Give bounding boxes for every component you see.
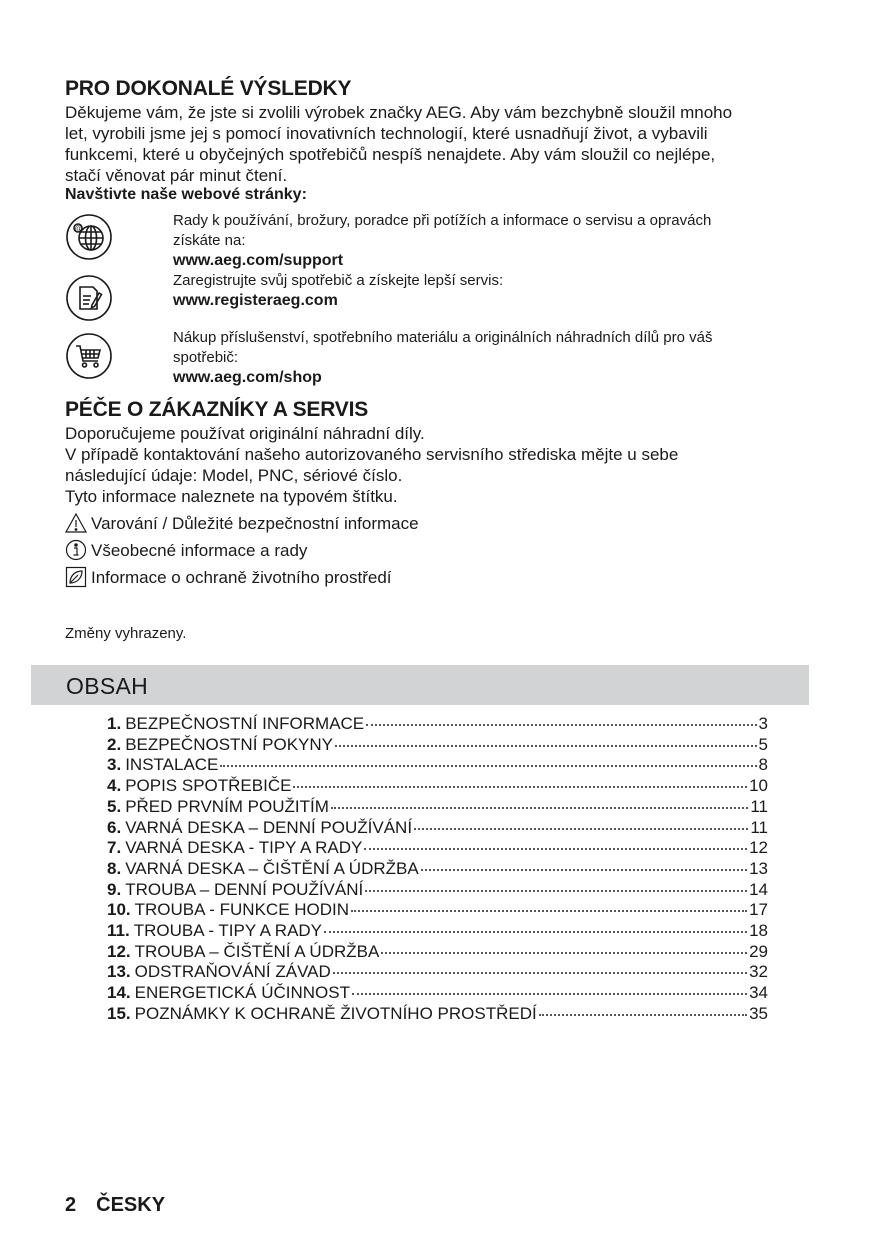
toc-entry-number: 12. — [107, 942, 131, 963]
toc-entry-page: 11 — [750, 797, 768, 818]
toc-entry[interactable]: 10.TROUBA - FUNKCE HODIN17 — [107, 900, 768, 921]
toc-entry[interactable]: 8.VARNÁ DESKA – ČIŠTĚNÍ A ÚDRŽBA13 — [107, 859, 768, 880]
table-of-contents: 1.BEZPEČNOSTNÍ INFORMACE32.BEZPEČNOSTNÍ … — [107, 714, 768, 1025]
toc-entry-label: ODSTRAŇOVÁNÍ ZÁVAD — [135, 962, 331, 983]
toc-entry-page: 34 — [749, 983, 768, 1004]
toc-entry-page: 13 — [749, 859, 768, 880]
web-item-text: Zaregistrujte svůj spotřebič a získejte … — [173, 271, 813, 291]
toc-entry-number: 5. — [107, 797, 121, 818]
care-line: následující údaje: Model, PNC, sériové č… — [65, 465, 825, 486]
web-item-text: Nákup příslušenství, spotřebního materiá… — [173, 328, 813, 348]
page-number: 2 — [65, 1194, 76, 1216]
toc-leader-dots — [364, 848, 747, 850]
toc-entry-page: 18 — [749, 921, 768, 942]
toc-entry-page: 5 — [759, 735, 768, 756]
toc-entry[interactable]: 9.TROUBA – DENNÍ POUŽÍVÁNÍ14 — [107, 880, 768, 901]
toc-entry[interactable]: 13.ODSTRAŇOVÁNÍ ZÁVAD32 — [107, 962, 768, 983]
toc-entry-label: TROUBA – DENNÍ POUŽÍVÁNÍ — [125, 880, 363, 901]
toc-entry-label: POPIS SPOTŘEBIČE — [125, 776, 291, 797]
toc-entry-label: VARNÁ DESKA – DENNÍ POUŽÍVÁNÍ — [125, 818, 412, 839]
toc-leader-dots — [539, 1014, 747, 1016]
toc-entry-page: 8 — [759, 755, 768, 776]
toc-entry-page: 29 — [749, 942, 768, 963]
toc-entry[interactable]: 5.PŘED PRVNÍM POUŽITÍM11 — [107, 797, 768, 818]
toc-leader-dots — [421, 869, 747, 871]
toc-leader-dots — [414, 828, 748, 830]
toc-leader-dots — [333, 972, 747, 974]
toc-header-bar: OBSAH — [31, 665, 809, 705]
toc-entry-page: 10 — [749, 776, 768, 797]
legend-info: Všeobecné informace a rady — [65, 539, 307, 561]
toc-entry[interactable]: 12.TROUBA – ČIŠTĚNÍ A ÚDRŽBA29 — [107, 942, 768, 963]
toc-entry-page: 32 — [749, 962, 768, 983]
toc-entry-number: 8. — [107, 859, 121, 880]
toc-entry-page: 11 — [750, 818, 768, 839]
toc-leader-dots — [365, 890, 747, 892]
toc-entry[interactable]: 14.ENERGETICKÁ ÚČINNOST34 — [107, 983, 768, 1004]
page-footer: 2ČESKY — [65, 1194, 185, 1217]
toc-entry[interactable]: 1.BEZPEČNOSTNÍ INFORMACE3 — [107, 714, 768, 735]
changes-reserved-note: Změny vyhrazeny. — [65, 625, 186, 642]
info-circle-icon — [65, 539, 87, 561]
toc-entry[interactable]: 11.TROUBA - TIPY A RADY18 — [107, 921, 768, 942]
toc-entry-number: 13. — [107, 962, 131, 983]
leaf-icon — [65, 566, 87, 588]
legend-label: Všeobecné informace a rady — [91, 540, 307, 561]
globe-icon: @ — [65, 213, 113, 261]
toc-entry[interactable]: 2.BEZPEČNOSTNÍ POKYNY5 — [107, 735, 768, 756]
toc-entry-page: 14 — [749, 880, 768, 901]
toc-leader-dots — [352, 993, 747, 995]
toc-entry-number: 11. — [107, 921, 130, 942]
toc-entry-number: 10. — [107, 900, 131, 921]
visit-website-label: Navštivte naše webové stránky: — [65, 186, 307, 204]
toc-title: OBSAH — [66, 674, 148, 698]
intro-line: let, vyrobili jsme jej s pomocí inovativ… — [65, 123, 825, 144]
toc-entry-label: ENERGETICKÁ ÚČINNOST — [135, 983, 350, 1004]
toc-entry-number: 15. — [107, 1004, 131, 1025]
toc-entry-number: 14. — [107, 983, 131, 1004]
svg-text:@: @ — [75, 224, 83, 233]
toc-entry-number: 2. — [107, 735, 121, 756]
web-item-text: získáte na: — [173, 231, 813, 251]
toc-leader-dots — [324, 931, 747, 933]
toc-leader-dots — [335, 745, 757, 747]
support-link[interactable]: www.aeg.com/support — [173, 251, 813, 271]
web-item-text: spotřebič: — [173, 348, 813, 368]
toc-entry[interactable]: 6.VARNÁ DESKA – DENNÍ POUŽÍVÁNÍ11 — [107, 818, 768, 839]
toc-entry-label: VARNÁ DESKA - TIPY A RADY — [125, 838, 362, 859]
warning-triangle-icon — [65, 512, 87, 534]
toc-entry[interactable]: 3.INSTALACE8 — [107, 755, 768, 776]
toc-entry-label: POZNÁMKY K OCHRANĚ ŽIVOTNÍHO PROSTŘEDÍ — [135, 1004, 537, 1025]
toc-entry[interactable]: 15.POZNÁMKY K OCHRANĚ ŽIVOTNÍHO PROSTŘED… — [107, 1004, 768, 1025]
toc-entry[interactable]: 7.VARNÁ DESKA - TIPY A RADY12 — [107, 838, 768, 859]
shop-link[interactable]: www.aeg.com/shop — [173, 368, 813, 388]
toc-entry-label: TROUBA – ČIŠTĚNÍ A ÚDRŽBA — [135, 942, 380, 963]
customer-care-paragraph: Doporučujeme používat originální náhradn… — [65, 423, 825, 507]
legend-environment: Informace o ochraně životního prostředí — [65, 566, 392, 588]
toc-leader-dots — [351, 910, 747, 912]
toc-entry-page: 35 — [749, 1004, 768, 1025]
intro-line: stačí věnovat pár minut čtení. — [65, 165, 825, 186]
web-item-shop: Nákup příslušenství, spotřebního materiá… — [173, 328, 813, 388]
toc-entry-label: TROUBA - FUNKCE HODIN — [135, 900, 349, 921]
toc-leader-dots — [220, 765, 756, 767]
toc-entry[interactable]: 4.POPIS SPOTŘEBIČE10 — [107, 776, 768, 797]
register-document-icon — [65, 274, 113, 322]
legend-label: Informace o ochraně životního prostředí — [91, 567, 392, 588]
toc-leader-dots — [331, 807, 748, 809]
intro-line: funkcemi, které u obyčejných spotřebičů … — [65, 144, 825, 165]
register-link[interactable]: www.registeraeg.com — [173, 291, 813, 311]
toc-leader-dots — [381, 952, 747, 954]
toc-entry-label: PŘED PRVNÍM POUŽITÍM — [125, 797, 329, 818]
toc-entry-label: TROUBA - TIPY A RADY — [134, 921, 322, 942]
toc-entry-number: 9. — [107, 880, 121, 901]
section-title-customer-care: PÉČE O ZÁKAZNÍKY A SERVIS — [65, 398, 368, 422]
web-item-support: Rady k používání, brožury, poradce při p… — [173, 211, 813, 271]
toc-entry-page: 3 — [759, 714, 768, 735]
toc-entry-page: 12 — [749, 838, 768, 859]
language-label: ČESKY — [96, 1194, 165, 1216]
toc-entry-number: 6. — [107, 818, 121, 839]
legend-label: Varování / Důležité bezpečnostní informa… — [91, 513, 419, 534]
care-line: V případě kontaktování našeho autorizova… — [65, 444, 825, 465]
toc-entry-label: BEZPEČNOSTNÍ POKYNY — [125, 735, 333, 756]
toc-entry-number: 3. — [107, 755, 121, 776]
toc-entry-label: VARNÁ DESKA – ČIŠTĚNÍ A ÚDRŽBA — [125, 859, 419, 880]
care-line: Tyto informace naleznete na typovém štít… — [65, 486, 825, 507]
intro-line: Děkujeme vám, že jste si zvolili výrobek… — [65, 102, 825, 123]
shopping-cart-icon — [65, 332, 113, 380]
toc-entry-label: BEZPEČNOSTNÍ INFORMACE — [125, 714, 364, 735]
care-line: Doporučujeme používat originální náhradn… — [65, 423, 825, 444]
web-item-register: Zaregistrujte svůj spotřebič a získejte … — [173, 271, 813, 311]
intro-paragraph: Děkujeme vám, že jste si zvolili výrobek… — [65, 102, 825, 186]
toc-entry-number: 1. — [107, 714, 121, 735]
toc-entry-label: INSTALACE — [125, 755, 218, 776]
web-item-text: Rady k používání, brožury, poradce při p… — [173, 211, 813, 231]
toc-entry-number: 4. — [107, 776, 121, 797]
toc-entry-number: 7. — [107, 838, 121, 859]
legend-warning: Varování / Důležité bezpečnostní informa… — [65, 512, 419, 534]
toc-entry-page: 17 — [749, 900, 768, 921]
toc-leader-dots — [293, 786, 747, 788]
section-title-best-results: PRO DOKONALÉ VÝSLEDKY — [65, 77, 351, 101]
toc-leader-dots — [366, 724, 756, 726]
